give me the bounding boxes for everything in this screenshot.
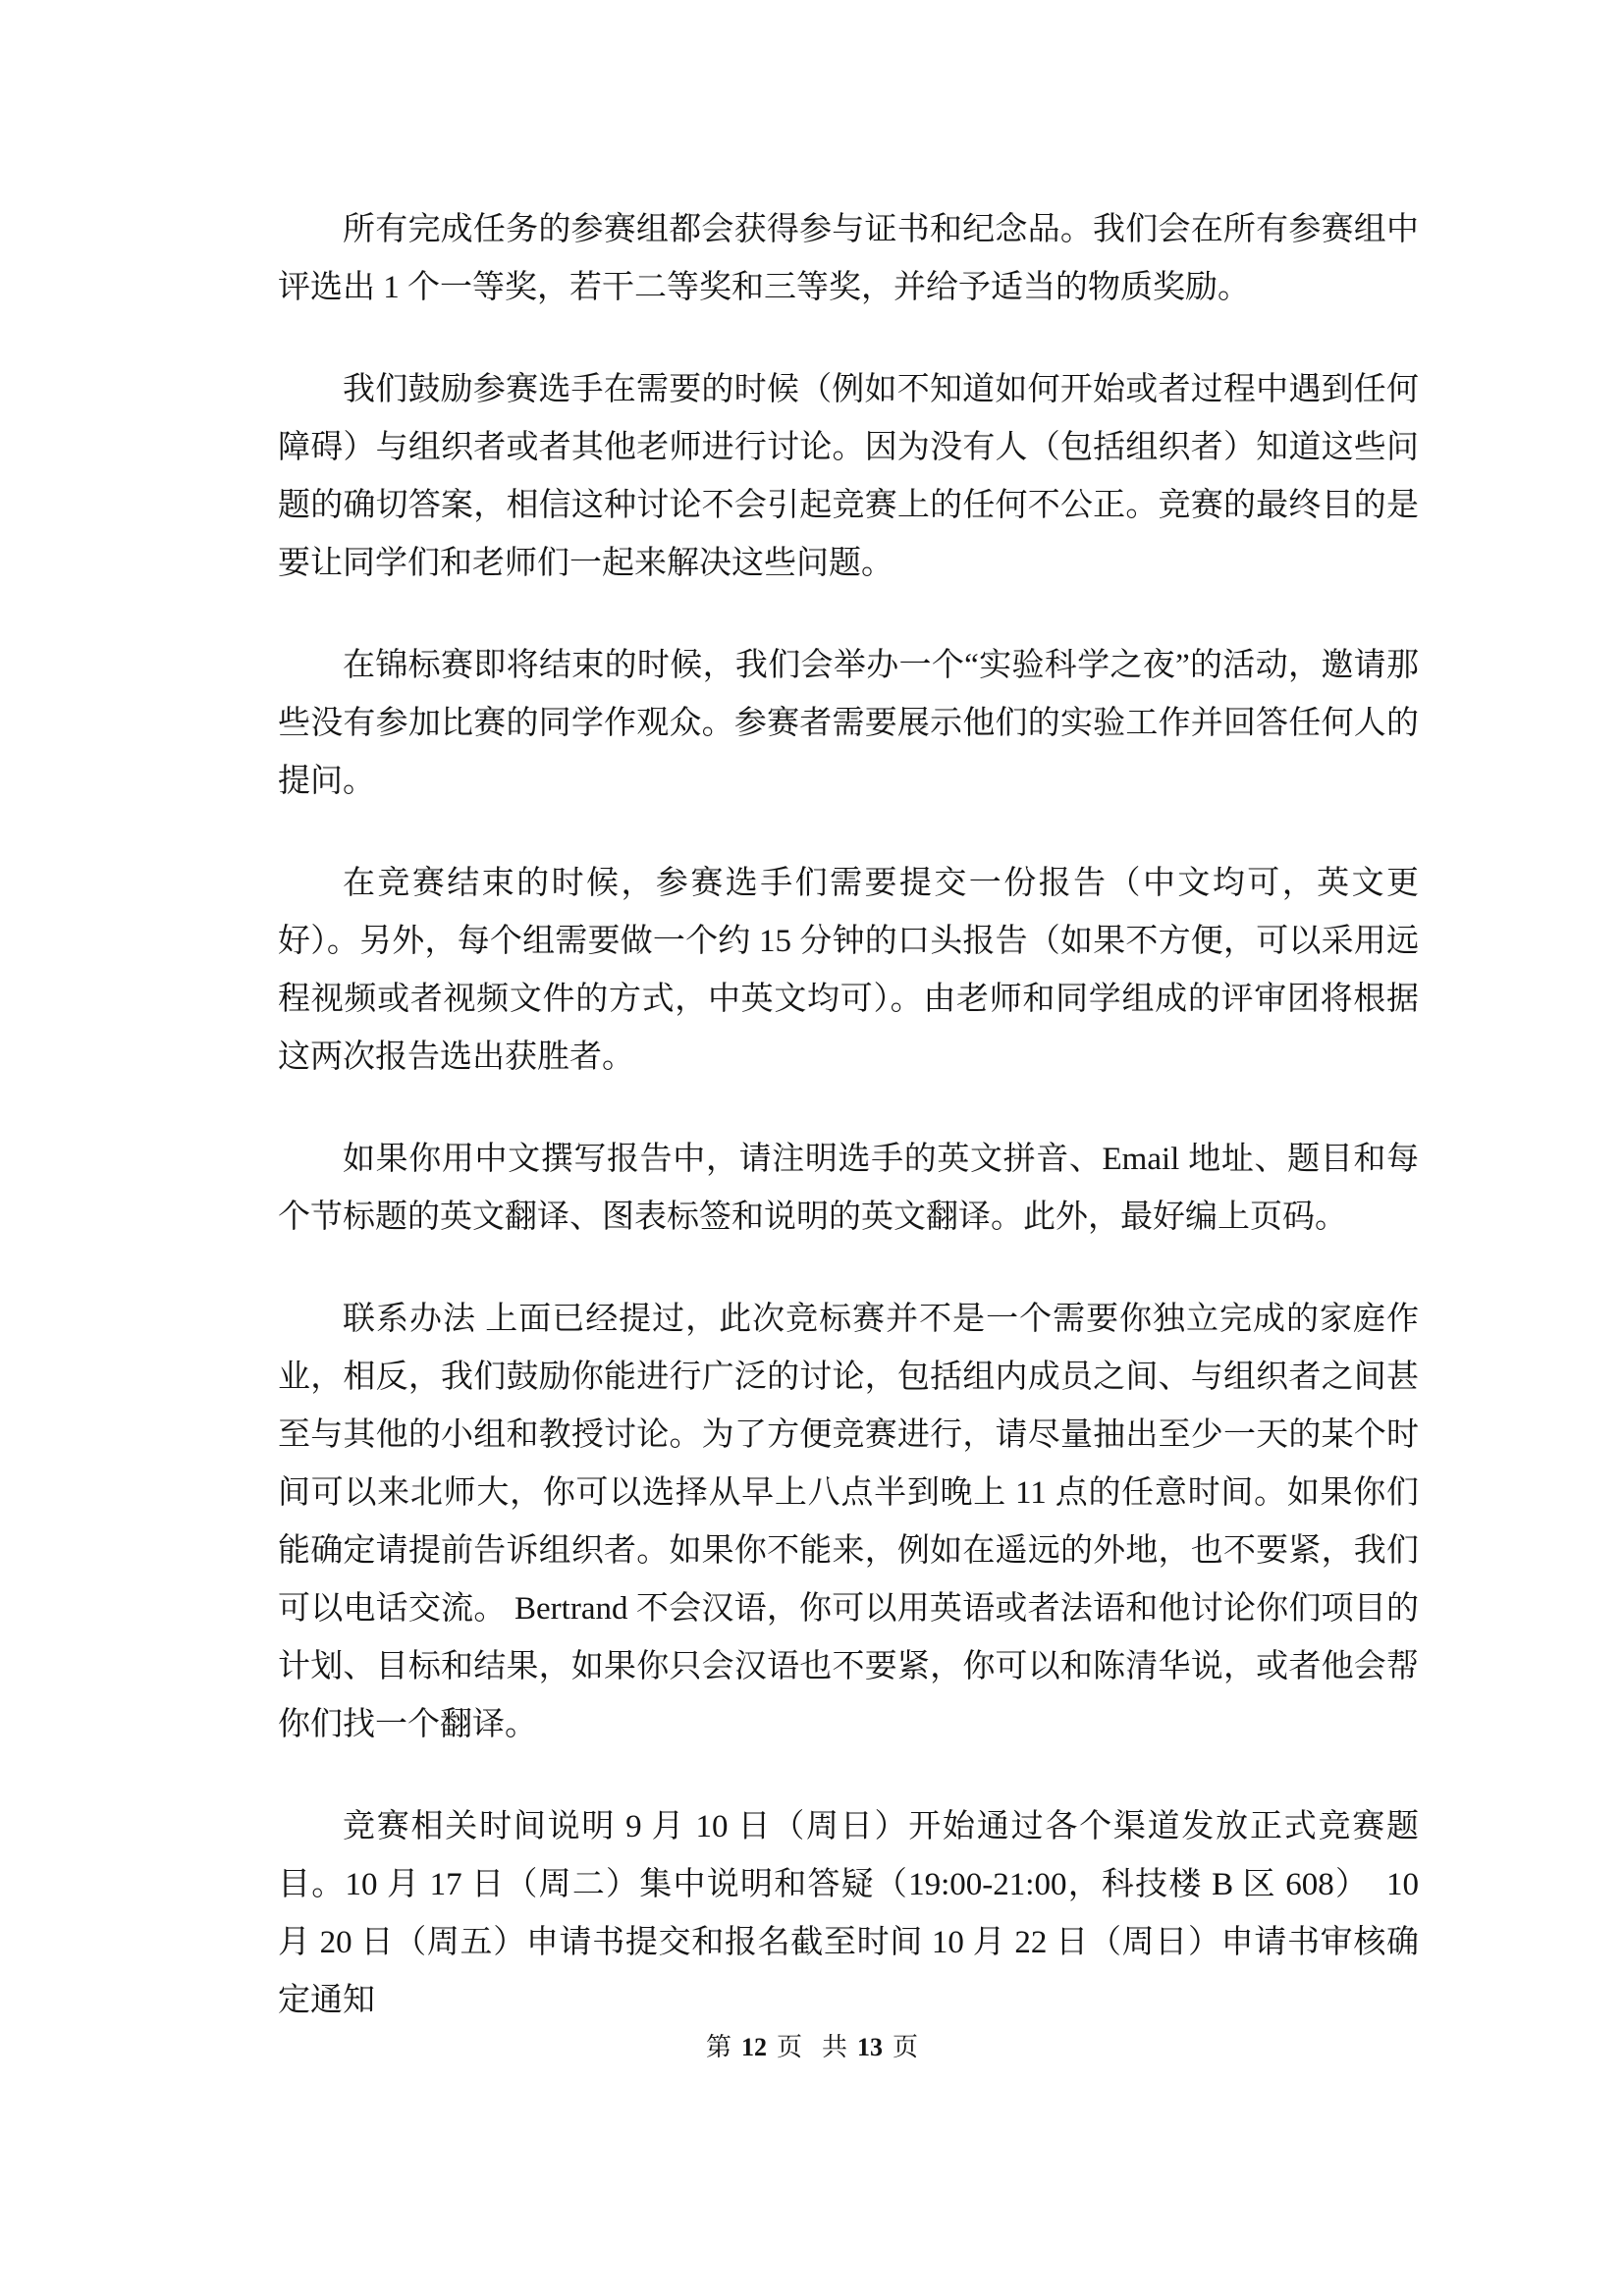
- paragraph-report: 在竞赛结束的时候，参赛选手们需要提交一份报告（中文均可，英文更好）。另外，每个组…: [278, 855, 1419, 1087]
- document-body: 所有完成任务的参赛组都会获得参与证书和纪念品。我们会在所有参赛组中评选出 1 个…: [278, 201, 1419, 2074]
- footer-label-gong: 共: [822, 2028, 847, 2067]
- page-footer: 第 12 页 共 13 页: [0, 2028, 1624, 2067]
- footer-current-page-number: 12: [741, 2028, 767, 2067]
- paragraph-contact-info: 联系办法 上面已经提过，此次竞标赛并不是一个需要你独立完成的家庭作业，相反，我们…: [278, 1291, 1419, 1754]
- paragraph-science-night: 在锦标赛即将结束的时候，我们会举办一个“实验科学之夜”的活动，邀请那些没有参加比…: [278, 637, 1419, 811]
- paragraph-schedule: 竞赛相关时间说明 9 月 10 日（周日）开始通过各个渠道发放正式竞赛题目。10…: [278, 1798, 1419, 2030]
- footer-total-pages-number: 13: [857, 2028, 883, 2067]
- document-page: 所有完成任务的参赛组都会获得参与证书和纪念品。我们会在所有参赛组中评选出 1 个…: [0, 0, 1624, 2296]
- paragraph-chinese-report-notes: 如果你用中文撰写报告中，请注明选手的英文拼音、Email 地址、题目和每个节标题…: [278, 1131, 1419, 1247]
- paragraph-discussion: 我们鼓励参赛选手在需要的时候（例如不知道如何开始或者过程中遇到任何障碍）与组织者…: [278, 361, 1419, 593]
- footer-label-ye: 页: [777, 2028, 802, 2067]
- paragraph-awards: 所有完成任务的参赛组都会获得参与证书和纪念品。我们会在所有参赛组中评选出 1 个…: [278, 201, 1419, 317]
- footer-label-di: 第: [706, 2028, 731, 2067]
- footer-label-ye-2: 页: [893, 2028, 918, 2067]
